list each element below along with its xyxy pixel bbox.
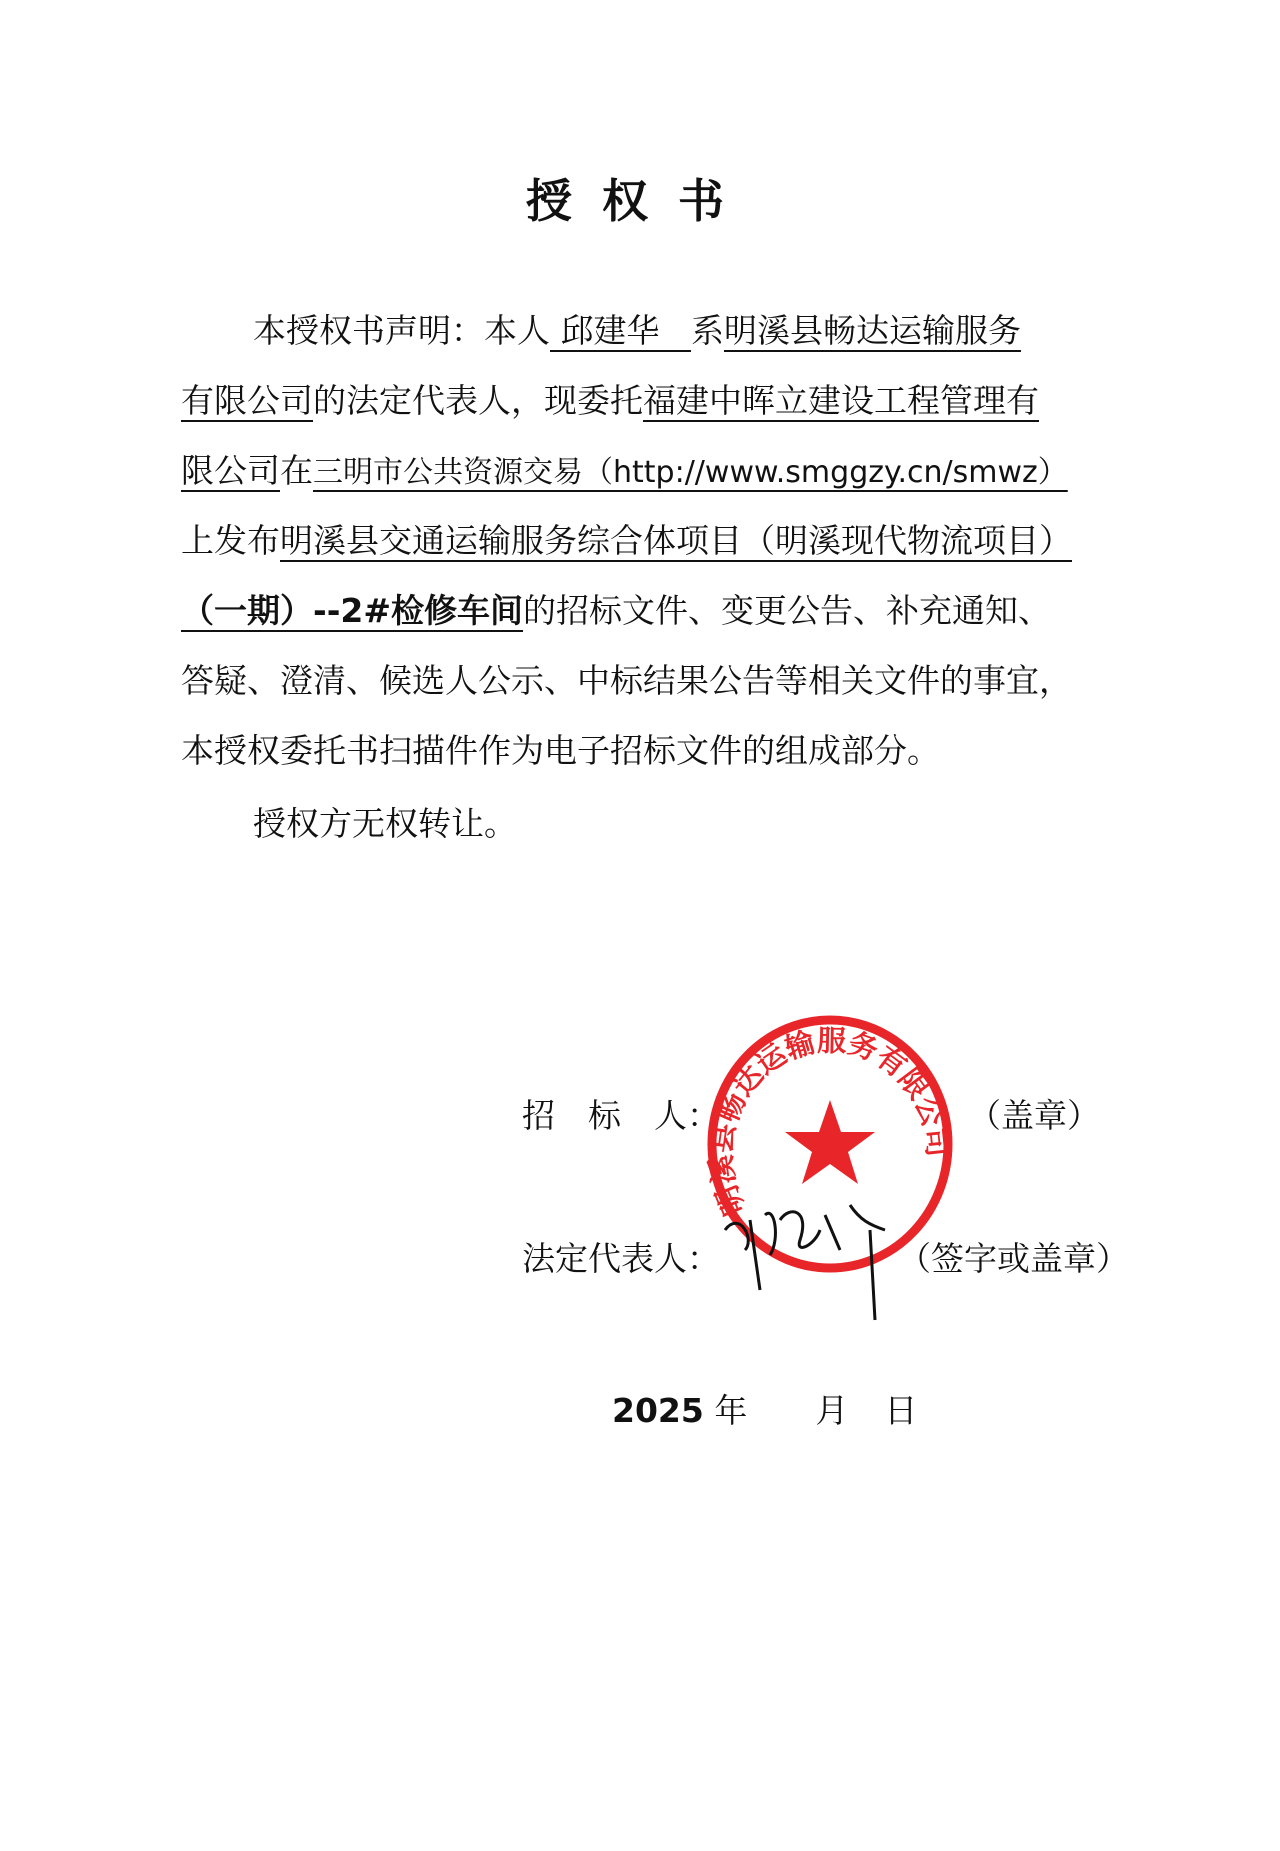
company-name: 明溪县畅达运输服务 — [724, 311, 1021, 350]
signature-icon — [720, 1200, 930, 1340]
text: 在 — [280, 451, 313, 490]
paragraph-line-3: 限公司在三明市公共资源交易（http://www.smggzy.cn/smwz） — [181, 447, 1068, 495]
paragraph-line-5: （一期）--2#检修车间的招标文件、变更公告、补充通知、 — [181, 587, 1051, 635]
paragraph-line-7: 本授权委托书扫描件作为电子招标文件的组成部分。 — [181, 727, 940, 775]
paragraph-line-4: 上发布明溪县交通运输服务综合体项目（明溪现代物流项目） — [181, 517, 1072, 565]
tenderer-label: 招 标 人： — [522, 1090, 720, 1137]
paragraph-line-6: 答疑、澄清、候选人公示、中标结果公告等相关文件的事宜， — [181, 657, 1072, 705]
paragraph-line-1: 本授权书声明：本人 邱建华 系明溪县畅达运输服务 — [253, 307, 1021, 355]
date-line: 2025 年月日 — [612, 1385, 917, 1432]
date-day-unit: 日 — [884, 1391, 917, 1430]
text: 上发布 — [181, 521, 280, 560]
text: 本授权书声明：本人 — [253, 311, 550, 350]
paragraph-line-2: 有限公司的法定代表人，现委托福建中晖立建设工程管理有 — [181, 377, 1039, 425]
text: 的法定代表人，现委托 — [313, 381, 643, 420]
agent-name: 福建中晖立建设工程管理有 — [643, 381, 1039, 420]
legal-rep-label: 法定代表人： — [522, 1233, 720, 1280]
text: 的招标文件、变更公告、补充通知、 — [523, 591, 1051, 630]
date-month-unit: 月 — [815, 1391, 848, 1430]
tenderer-seal-note: （盖章） — [968, 1090, 1100, 1137]
clause: 授权方无权转让。 — [253, 800, 517, 848]
text: 系 — [691, 311, 724, 350]
representative-name: 邱建华 — [550, 311, 691, 350]
date-year-unit: 年 — [714, 1391, 747, 1430]
agent-name: 限公司 — [181, 451, 280, 490]
company-name: 有限公司 — [181, 381, 313, 420]
platform-link: 三明市公共资源交易（http://www.smggzy.cn/smwz） — [313, 455, 1068, 490]
project-name: （一期）--2#检修车间 — [181, 591, 523, 630]
document-title: 授权书 — [0, 165, 1280, 231]
date-year: 2025 — [612, 1391, 704, 1430]
project-name: 明溪县交通运输服务综合体项目（明溪现代物流项目） — [280, 521, 1072, 560]
